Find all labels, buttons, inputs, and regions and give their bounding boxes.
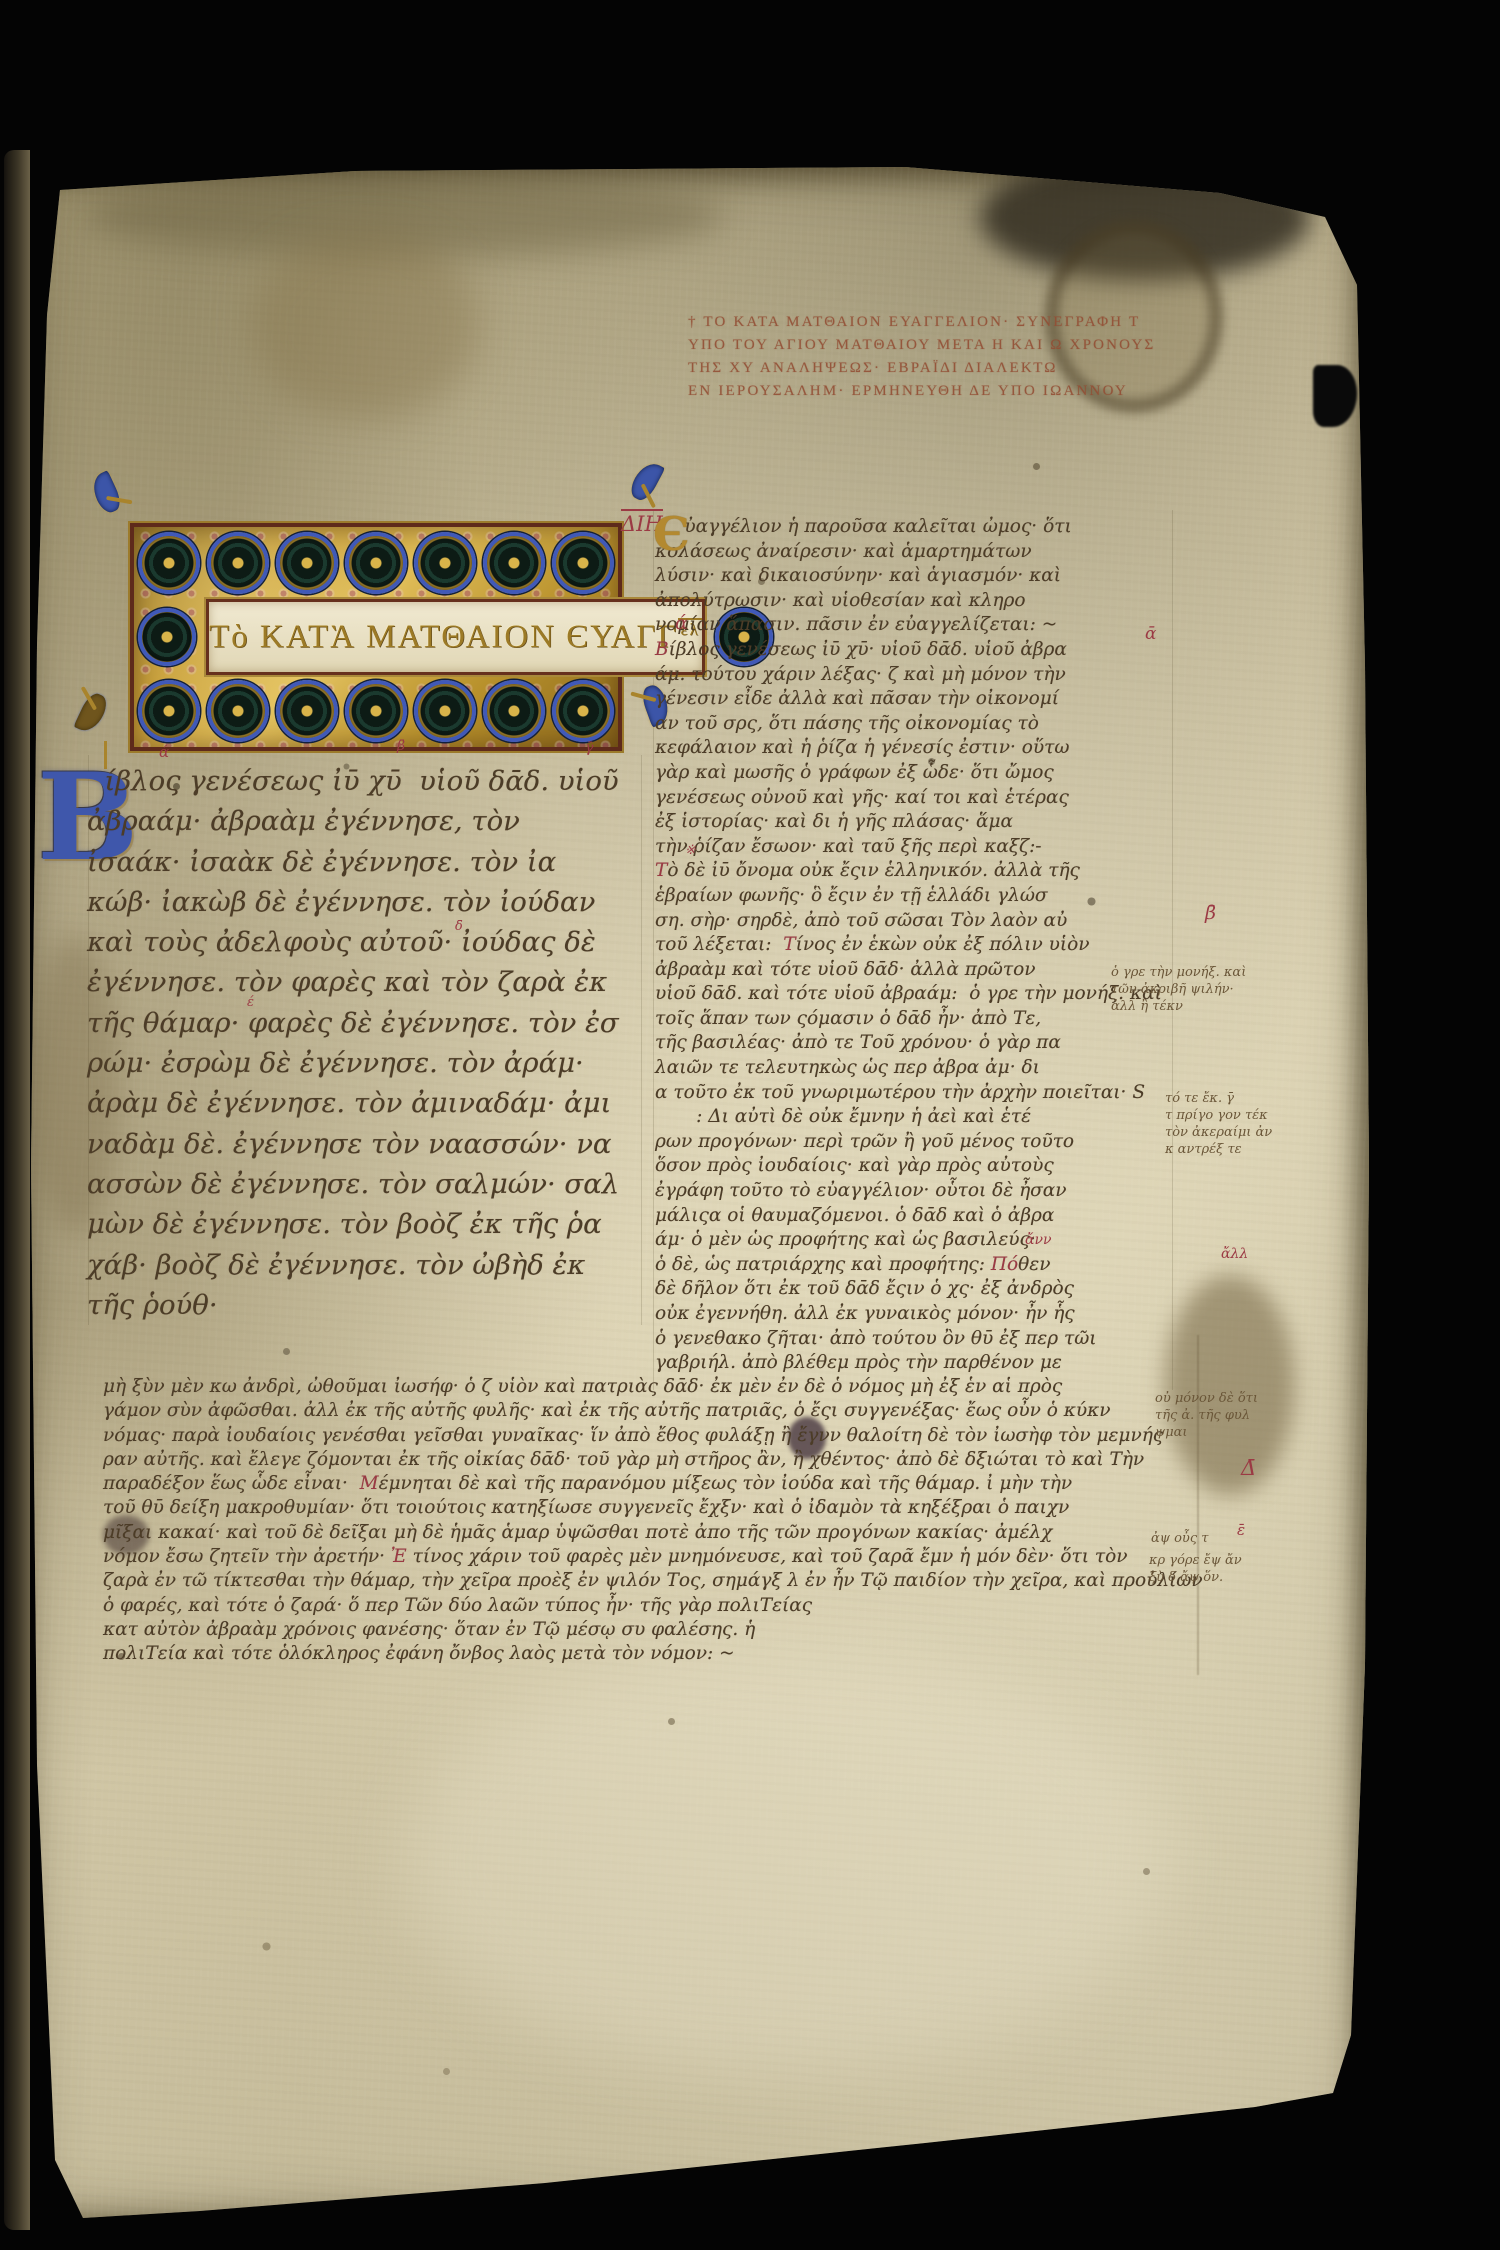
text-line: κώβ· ἰακὼβ δὲ ἐγέννησε. τὸν ἰούδαν [87,882,647,922]
rubricated-initial: Τ [655,860,667,881]
fleuron-icon [88,470,125,516]
headpiece-middle-row: Τὸ ΚΑΤᾺ ΜΑΤΘΑΙΟΝ ЄΥΑΓΓελ [138,596,614,678]
rosette-icon [483,532,545,594]
text-line: ΤΗΣ ΧΥ ΑΝΑΛΗΨΕΩΣ· ΕΒΡΑΪΔΙ ΔΙΑΛΕΚΤΩ [688,357,1155,380]
text-line: ίβλος γενέσεως ἰῡ χῡ υἱοῦ δᾱδ. υἱοῦ [87,761,647,801]
margin-mark: Є [653,505,690,565]
text-line: ὁ φαρές, καὶ τότε ὁ ζαρά· ὅ περ Τῶν δύο … [103,1594,1213,1618]
gospel-text-column: ίβλος γενέσεως ἰῡ χῡ υἱοῦ δᾱδ. υἱοῦἀβραά… [87,761,647,1325]
rosette-icon [483,680,545,742]
text-line: τῆς βασιλέας· ἀπὸ τε Τοῦ χρόνου· ὁ γὰρ π… [655,1031,1175,1056]
margin-mark: Δ̄ [1241,1455,1256,1482]
margin-mark: ά [675,611,688,636]
headpiece-title: Τὸ ΚΑΤᾺ ΜΑΤΘΑΙΟΝ ЄΥΑΓΓελ [209,619,702,656]
text-line: άμ· ὁ μὲν ὡς προφήτης καὶ ὡς βασιλεύς· [655,1228,1175,1253]
text-line: ΥΠΟ ΤΟΥ ΑΓΙΟΥ ΜΑΤΘΑΙΟΥ ΜΕΤΑ Η ΚΑΙ Ω ΧΡΟΝ… [688,334,1155,357]
text-line: ἀβραάμ· ἀβραὰμ ἐγέννησε, τὸν [87,801,647,841]
text-line: τῆς ῥούθ· [87,1285,647,1325]
fore-edge-hole [1313,365,1357,427]
text-line: ἀβραὰμ καὶ τότε υἱοῦ δᾱδ· ἀλλὰ πρῶτον [655,958,1175,983]
headpiece-grid: Τὸ ΚΑΤᾺ ΜΑΤΘΑΙΟΝ ЄΥΑΓΓελ [134,527,618,747]
text-line: ἐγράφη τοῦτο τὸ εὐαγγέλιον· οὗτοι δὲ ἦσα… [655,1179,1175,1204]
text-line: πολιΤεία καὶ τότε ὁλόκληρος ἐφάνη ὄνβος … [103,1642,1213,1666]
text-line: ρων προγόνων· περὶ τρῶν ἢ γοῦ μένος τοῦτ… [655,1130,1175,1155]
text-line: νόμας· παρὰ ἰουδαίοις γενέσθαι γεῖσθαι γ… [103,1424,1213,1448]
text-line: μὴ ξὺν μὲν κω ἀνδρὶ, ὠθοῦμαι ἰωσήφ· ὁ ζ … [103,1375,1213,1399]
text-line: δὲ δῆλον ὅτι ἐκ τοῦ δᾱδ ἔςιν ὁ χς· ἐξ ἀν… [655,1277,1175,1302]
rosette-icon [207,680,269,742]
text-line: ἑβραίων φωνῆς· ὃ ἔςιν ἐν τῇ ἑλλάδι γλώσ [655,884,1175,909]
margin-mark: ε̄ [1237,1521,1245,1541]
margin-mark: ὁ γρε τὴν μονήξ. καὶ τῶν ἀκριβῆ ψιλήν· ἀ… [1111,965,1246,1016]
margin-mark: ἄλλ [1221,1245,1248,1263]
text-line: α τοῦτο ἐκ τοῦ γνωριμωτέρου τὴν ἀρχὴν πο… [655,1081,1175,1106]
margin-mark: τό τε ἔκ. γ̄ τ πρίγο γον τέκ τὸν ἀκεραίμ… [1165,1091,1272,1159]
rubricated-initial: Τ [783,934,795,955]
text-line: ραν αὐτῆς. καὶ ἔλεγε ζόμονται ἐκ τῆς οἰκ… [103,1448,1213,1472]
headpiece: Τὸ ΚΑΤᾺ ΜΑΤΘΑΙΟΝ ЄΥΑΓΓελ [130,523,622,751]
rubricated-initial: Πό [991,1254,1018,1275]
parchment-page: † ΤΟ ΚΑΤΑ ΜΑΤΘΑΙΟΝ ΕΥΑΓΓΕΛΙΟΝ· ΣΥΝΕΓΡΑΦΗ… [25,165,1370,2220]
rosette-icon [552,532,614,594]
margin-mark: ά [159,743,169,763]
text-line: ζαρὰ ἐν τῶ τίκτεσθαι τὴν θάμαρ, τὴν χεῖρ… [103,1569,1213,1593]
text-line: Τὸ δὲ ἰῡ ὄνομα οὐκ ἔςιν ἑλληνικόν. ἀλλὰ … [655,859,1175,884]
text-line: ἀρὰμ δὲ ἐγέννησε. τὸν ἀμιναδάμ· ἀμι [87,1083,647,1123]
text-line: ὐαγγέλιον ἡ παροῦσα καλεῖται ὠμος· ὅτι [655,515,1175,540]
text-line: ρώμ· ἐσρὼμ δὲ ἐγέννησε. τὸν ἀράμ· [87,1043,647,1083]
text-line: Βίβλος γενέσεως ἰῡ χῡ· υἱοῦ δᾱδ. υἱοῦ ἀβ… [655,638,1175,663]
text-line: γάμον σὺν ἀφῶσθαι. ἀλλ ἐκ τῆς αὐτῆς φυλῆ… [103,1399,1213,1423]
text-line: κολάσεως ἀναίρεσιν· καὶ ἁμαρτημάτων [655,540,1175,565]
text-line: οὐκ ἐγεννήθη. ἀλλ ἐκ γυναικὸς μόνον· ἦν … [655,1302,1175,1327]
rosette-icon [414,532,476,594]
text-line: γαβριήλ. ἀπὸ βλέθεμ πρὸς τὴν παρθένον με [655,1351,1175,1376]
text-line: † ΤΟ ΚΑΤΑ ΜΑΤΘΑΙΟΝ ΕΥΑΓΓΕΛΙΟΝ· ΣΥΝΕΓΡΑΦΗ… [688,311,1155,334]
text-line: ἐξ ἱστορίας· καὶ δι ἡ γῆς πλάσας· ἅμα [655,810,1175,835]
commentary-block: μὴ ξὺν μὲν κω ἀνδρὶ, ὠθοῦμαι ἰωσήφ· ὁ ζ … [103,1375,1213,1667]
text-line: νομίαν ἅπασιν. πᾶσιν ἐν εὐαγγελίζεται: ~ [655,613,1175,638]
rosette-icon [552,680,614,742]
margin-mark: β̄ [1205,901,1216,926]
title-main: Τὸ ΚΑΤᾺ ΜΑΤΘΑΙΟΝ ЄΥΑΓΓ [209,619,678,655]
text-line: ἐγέννησε. τὸν φαρὲς καὶ τὸν ζαρὰ ἐκ [87,962,647,1002]
text-line: τῆς θάμαρ· φαρὲς δὲ ἐγέννησε. τὸν ἐσ [87,1003,647,1043]
binding-edge [4,150,30,2230]
text-line: ΕΝ ΙΕΡΟΥΣΑΛΗΜ· ΕΡΜΗΝΕΥΘΗ ΔΕ ΥΠΟ ΙΩΑΝΝΟΥ [688,380,1155,403]
rosette-icon [138,532,200,594]
text-line: τὴν ῥίζαν ἔσωον· καὶ ταῦ ξῆς περὶ καξζ:- [655,835,1175,860]
margin-mark: γ̄ [585,739,593,757]
text-line: γένεσιν εἶδε ἀλλὰ καὶ πᾶσαν τὴν οἰκονομί [655,687,1175,712]
text-line: γενέσεως οὐνοῦ καὶ γῆς· καί τοι καὶ ἑτέρ… [655,786,1175,811]
headpiece-rosette-row-top [138,532,614,594]
rosette-icon [345,532,407,594]
rubricated-initial: Ἐ [391,1546,407,1567]
text-line: ἀπολύτρωσιν· καὶ υἱοθεσίαν καὶ κληρο [655,589,1175,614]
text-line: τοῖς ἅπαν των ςόμασιν ὁ δᾱδ ἦν· ἀπὸ Τε, [655,1007,1175,1032]
text-line: ασσὼν δὲ ἐγέννησε. τὸν σαλμών· σαλ [87,1164,647,1204]
rubric-inscription: † ΤΟ ΚΑΤΑ ΜΑΤΘΑΙΟΝ ΕΥΑΓΓΕΛΙΟΝ· ΣΥΝΕΓΡΑΦΗ… [688,311,1155,403]
text-line: ση. σὴρ· σηρδὲ, ἀπὸ τοῦ σῶσαι Τὸν λαὸν α… [655,909,1175,934]
margin-mark: ※ [685,843,696,860]
rubricated-initial: Μ [360,1473,379,1494]
margin-mark: κρ γόρε ἔψ ἄν ξὺ δ ἄψ ὅν. [1149,1553,1242,1587]
text-line: κεφάλαιον καὶ ἡ ῥίζα ἡ γένεσίς ἐστιν· οὕ… [655,736,1175,761]
fleuron-icon [627,458,665,504]
text-line: μῖξαι κακαί· καὶ τοῦ δὲ δεῖξαι μὴ δὲ ἡμᾶ… [103,1521,1213,1545]
rosette-icon [138,608,196,666]
margin-mark: οὐ μόνον δὲ ὅτι τῆς ἀ. τῆς φυλ ψμαι [1155,1391,1258,1442]
text-line: ναδὰμ δὲ. ἐγέννησε τὸν ναασσών· να [87,1124,647,1164]
text-line: τοῦ λέξεται: Τίνος ἐν ἑκὼν οὐκ ἐξ πόλιν … [655,933,1175,958]
text-line: ὁ δὲ, ὡς πατριάρχης καὶ προφήτης: Πόθεν [655,1253,1175,1278]
margin-mark: δ̄ [455,919,463,936]
margin-mark: έ [247,995,254,1012]
text-line: άμ. τούτου χάριν λέξας· ζ καὶ μὴ μόνον τ… [655,663,1175,688]
fleuron-icon [74,690,111,736]
rosette-icon [138,680,200,742]
text-line: λύσιν· καὶ δικαιοσύνην· καὶ ἁγιασμόν· κα… [655,564,1175,589]
text-line: : Δι αὐτὶ δὲ οὐκ ἔμνην ἡ ἀεὶ καὶ ἑτέ [655,1105,1175,1130]
text-line: γὰρ καὶ μωσῆς ὁ γράφων ἐξ ὧδε· ὅτι ὤμος [655,761,1175,786]
parchment-sheen [405,1645,1165,2075]
text-line: χάβ· βοὸζ δὲ ἐγέννησε. τὸν ὠβὴδ ἐκ [87,1245,647,1285]
stain-top-band [85,173,725,258]
margin-mark: β̄ [397,737,405,755]
title-panel: Τὸ ΚΑΤᾺ ΜΑΤΘΑΙΟΝ ЄΥΑΓΓελ [206,599,705,675]
headpiece-rosette-row-bottom [138,680,614,742]
stain-upper-left [250,230,480,420]
text-line: νόμον ἔσω ζητεῖν τὴν ἀρετήν· Ἐ τίνος χάρ… [103,1545,1213,1569]
text-line: υἱοῦ δᾱδ. καὶ τότε υἱοῦ ἀβραάμ: ὁ γρε τὴ… [655,982,1175,1007]
text-line: μὼν δὲ ἐγέννησε. τὸν βοὸζ ἐκ τῆς ῥα [87,1204,647,1244]
text-line: μάλιςα οἱ θαυμαζόμενοι. ὁ δᾱδ καὶ ὁ ἀβρα [655,1204,1175,1229]
text-line: τοῦ θῡ δείξη μακροθυμίαν· ὅτι τοιούτοις … [103,1496,1213,1520]
rubricated-initial: Β [655,639,669,660]
margin-mark: ἀψ οὖς τ [1151,1531,1208,1548]
text-line: καὶ τοὺς ἀδελφοὺς αὐτοῦ· ἰούδας δὲ [87,922,647,962]
text-line: κατ αὐτὸν ἀβραὰμ χρόνοις φανέσης· ὅταν ἐ… [103,1618,1213,1642]
text-line: ἰσαάκ· ἰσαὰκ δὲ ἐγέννησε. τὸν ἰα [87,842,647,882]
margin-mark: ἄνν [1025,1231,1051,1249]
rosette-icon [207,532,269,594]
commentary-column: ὐαγγέλιον ἡ παροῦσα καλεῖται ὠμος· ὅτικο… [655,515,1175,1376]
rosette-icon [345,680,407,742]
margin-mark: ᾱ [1145,623,1156,645]
text-line: ὅσον πρὸς ἰουδαίοις· καὶ γὰρ πρὸς αὐτοὺς [655,1154,1175,1179]
rosette-icon [276,680,338,742]
rosette-icon [276,532,338,594]
rosette-icon [414,680,476,742]
stain-top-edge [980,155,1310,280]
text-line: αν τοῦ σρς, ὅτι πάσης τῆς οἰκονομίας τὸ [655,712,1175,737]
manuscript-photo: † ΤΟ ΚΑΤΑ ΜΑΤΘΑΙΟΝ ΕΥΑΓΓΕΛΙΟΝ· ΣΥΝΕΓΡΑΦΗ… [0,0,1500,2250]
text-line: ὁ γενεθακο ζῆται· ἀπὸ τούτου ὂν θῡ ἐξ πε… [655,1327,1175,1352]
text-line: παραδέξον ἕως ὧδε εἶναι· Μέμνηται δὲ καὶ… [103,1472,1213,1496]
text-line: λαιῶν τε τελευτηκὼς ὡς περ ἀβρα ἀμ· δι [655,1056,1175,1081]
